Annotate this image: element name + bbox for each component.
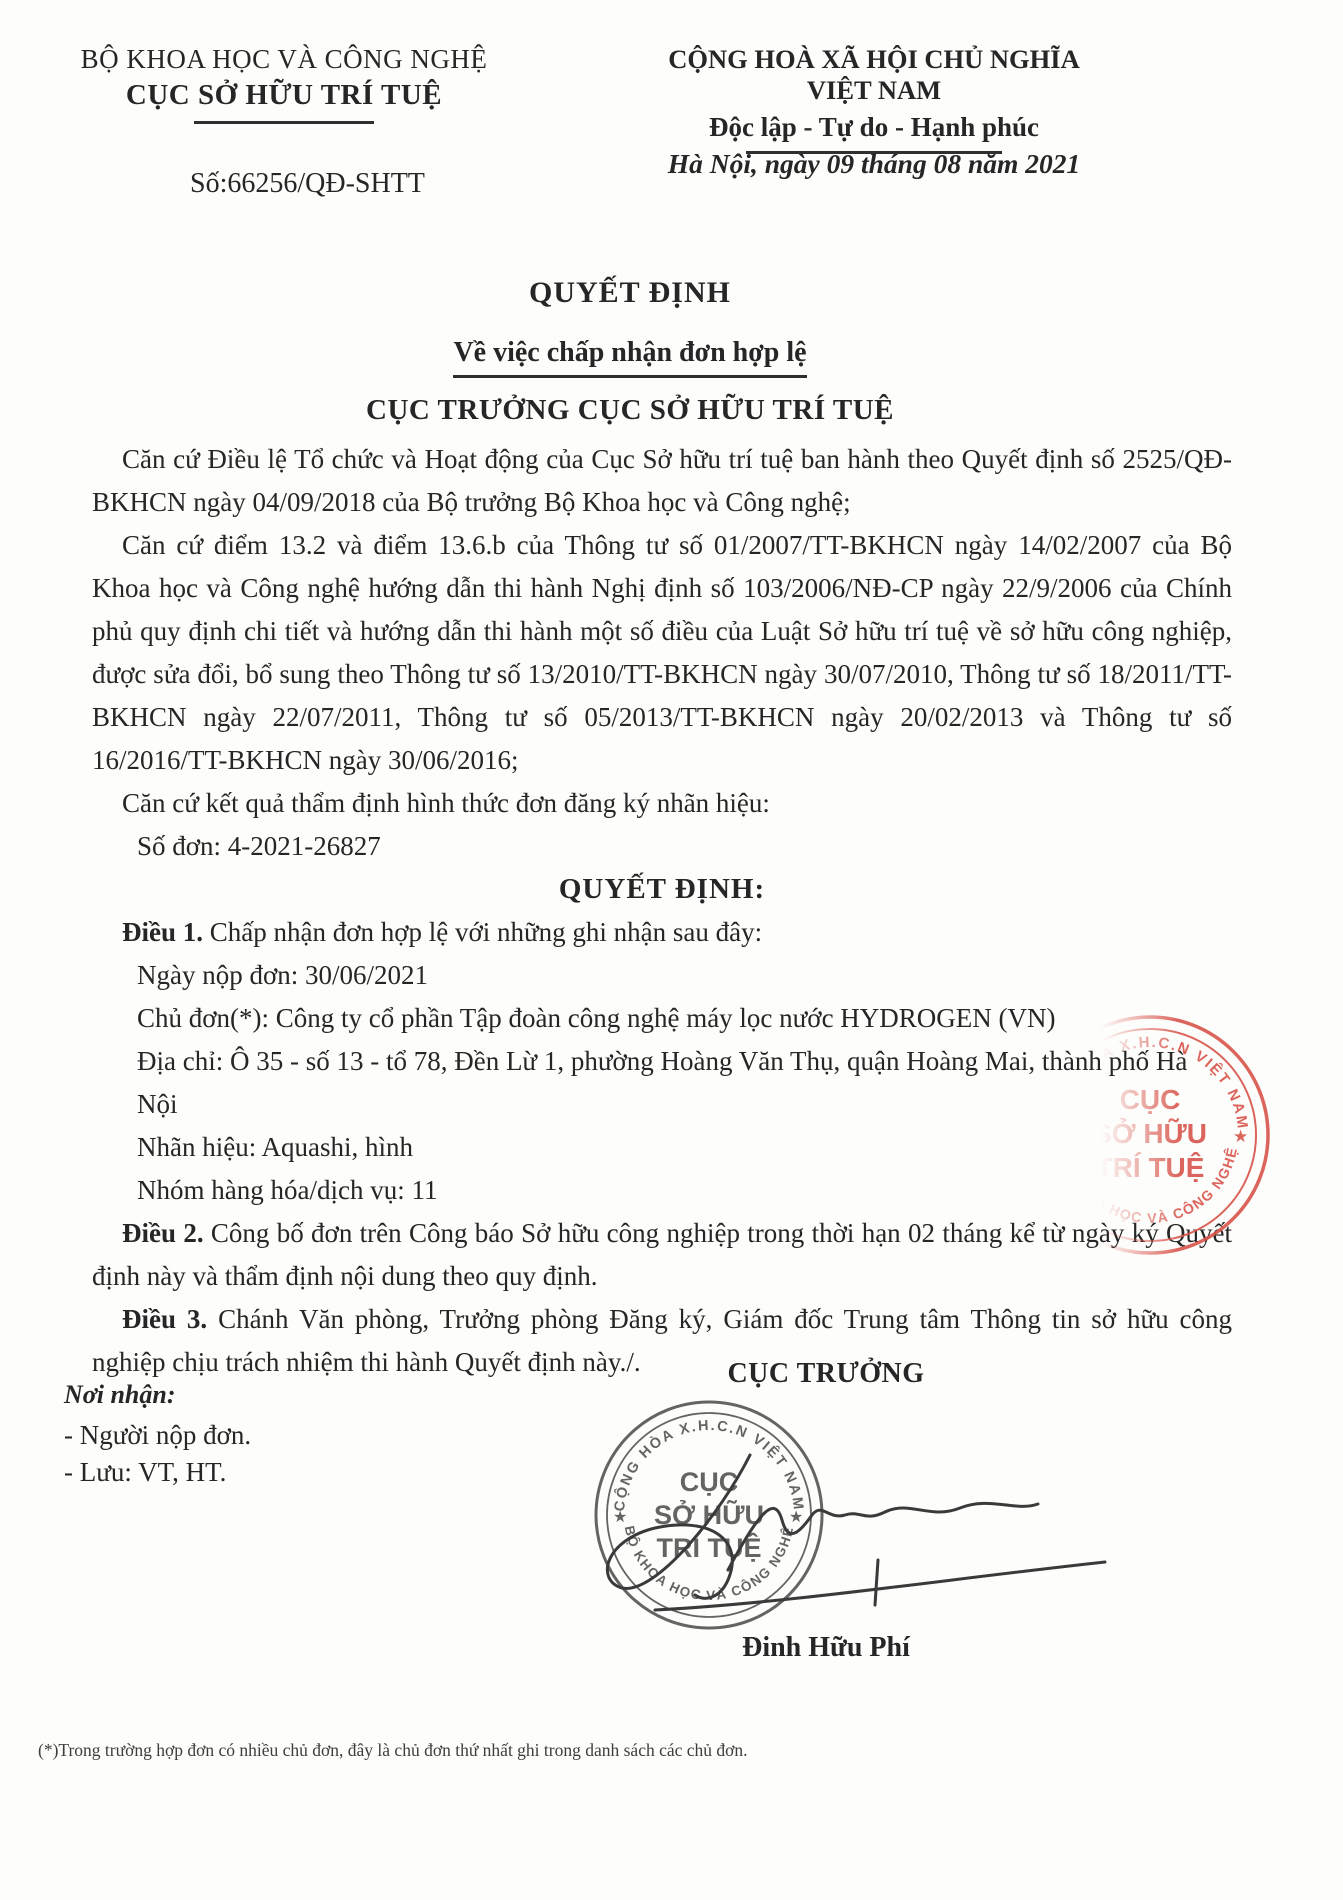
- place-date-line: Hà Nội, ngày 09 tháng 08 năm 2021: [654, 148, 1094, 180]
- recipients-block: Nơi nhận: - Người nộp đơn. - Lưu: VT, HT…: [64, 1376, 251, 1491]
- signer-title: CỤC TRƯỞNG: [616, 1358, 1036, 1390]
- official-stamp-icon: CỘNG HÒA X.H.C.N VIỆT NAM BỘ KHOA HỌC VÀ…: [592, 1398, 826, 1632]
- stamp-ring-top-text: CỘNG HÒA X.H.C.N VIỆT NAM: [612, 1418, 806, 1512]
- national-motto-line1: CỘNG HOÀ XÃ HỘI CHỦ NGHĨA VIỆT NAM: [654, 44, 1094, 106]
- footnote: (*)Trong trường hợp đơn có nhiều chủ đơn…: [38, 1740, 998, 1761]
- article-2-label: Điều 2.: [122, 1218, 204, 1248]
- document-body: Căn cứ Điều lệ Tổ chức và Hoạt động của …: [92, 438, 1232, 1384]
- stamp-star-right-icon: ★: [789, 1509, 803, 1526]
- signer-name: Đinh Hữu Phí: [616, 1632, 1036, 1664]
- detail-filing-date: Ngày nộp đơn: 30/06/2021: [137, 954, 1232, 997]
- decision-subject: Về việc chấp nhận đơn hợp lệ: [453, 337, 806, 378]
- issuer-title: CỤC TRƯỞNG CỤC SỞ HỮU TRÍ TUỆ: [0, 394, 1260, 427]
- detail-class: Nhóm hàng hóa/dịch vụ: 11: [137, 1169, 1232, 1212]
- article-1-text: Chấp nhận đơn hợp lệ với những ghi nhận …: [203, 917, 762, 947]
- detail-address: Địa chỉ: Ô 35 - số 13 - tổ 78, Đền Lừ 1,…: [137, 1040, 1232, 1126]
- stamp-star-left-icon: ★: [613, 1509, 627, 1526]
- stamp-ring-bottom-text: BỘ KHOA HỌC VÀ CÔNG NGHỆ: [622, 1524, 797, 1603]
- recipient-item: - Lưu: VT, HT.: [64, 1454, 251, 1491]
- decision-mid-heading: QUYẾT ĐỊNH:: [92, 868, 1232, 911]
- title-block: QUYẾT ĐỊNH Về việc chấp nhận đơn hợp lệ …: [0, 276, 1260, 427]
- national-motto-line2: Độc lập - Tự do - Hạnh phúc: [654, 112, 1094, 143]
- signature-block: CỤC TRƯỞNG: [616, 1358, 1036, 1390]
- svg-text:CỘNG HÒA X.H.C.N VIỆT NAM: CỘNG HÒA X.H.C.N VIỆT NAM: [612, 1418, 806, 1512]
- recipients-title: Nơi nhận:: [64, 1376, 251, 1413]
- header-right: CỘNG HOÀ XÃ HỘI CHỦ NGHĨA VIỆT NAM Độc l…: [654, 44, 1094, 154]
- article-1-label: Điều 1.: [122, 917, 203, 947]
- document-number: Số:66256/QĐ-SHTT: [190, 168, 425, 200]
- handwritten-signature-icon: [560, 1420, 1140, 1640]
- red-stamp-star-right-icon: ★: [1233, 1127, 1248, 1146]
- header-left: BỘ KHOA HỌC VÀ CÔNG NGHỆ CỤC SỞ HỮU TRÍ …: [64, 44, 504, 124]
- office-name: CỤC SỞ HỮU TRÍ TUỆ: [64, 79, 504, 112]
- scanned-decision-document: BỘ KHOA HỌC VÀ CÔNG NGHỆ CỤC SỞ HỮU TRÍ …: [0, 0, 1343, 1900]
- detail-trademark: Nhãn hiệu: Aquashi, hình: [137, 1126, 1232, 1169]
- stamp-center-line1: CỤC: [680, 1467, 739, 1497]
- article-1: Điều 1. Chấp nhận đơn hợp lệ với những g…: [92, 911, 1232, 954]
- preamble-paragraph-1: Căn cứ Điều lệ Tổ chức và Hoạt động của …: [92, 438, 1232, 524]
- application-number: Số đơn: 4-2021-26827: [137, 825, 1232, 868]
- ministry-name: BỘ KHOA HỌC VÀ CÔNG NGHỆ: [64, 44, 504, 75]
- preamble-paragraph-3: Căn cứ kết quả thẩm định hình thức đơn đ…: [92, 782, 1232, 825]
- stamp-center-line3: TRÍ TUỆ: [657, 1532, 762, 1563]
- detail-applicant: Chủ đơn(*): Công ty cổ phần Tập đoàn côn…: [137, 997, 1232, 1040]
- svg-text:BỘ KHOA HỌC VÀ CÔNG NGHỆ: BỘ KHOA HỌC VÀ CÔNG NGHỆ: [622, 1524, 797, 1603]
- stamp-center-line2: SỞ HỮU: [654, 1498, 764, 1530]
- recipient-item: - Người nộp đơn.: [64, 1417, 251, 1454]
- header-left-rule: [194, 121, 374, 124]
- article-2: Điều 2. Công bố đơn trên Công báo Sở hữu…: [92, 1212, 1232, 1298]
- decision-title: QUYẾT ĐỊNH: [0, 276, 1260, 310]
- article-2-text: Công bố đơn trên Công báo Sở hữu công ng…: [92, 1218, 1232, 1291]
- article-3-label: Điều 3.: [122, 1304, 207, 1334]
- preamble-paragraph-2: Căn cứ điểm 13.2 và điểm 13.6.b của Thôn…: [92, 524, 1232, 782]
